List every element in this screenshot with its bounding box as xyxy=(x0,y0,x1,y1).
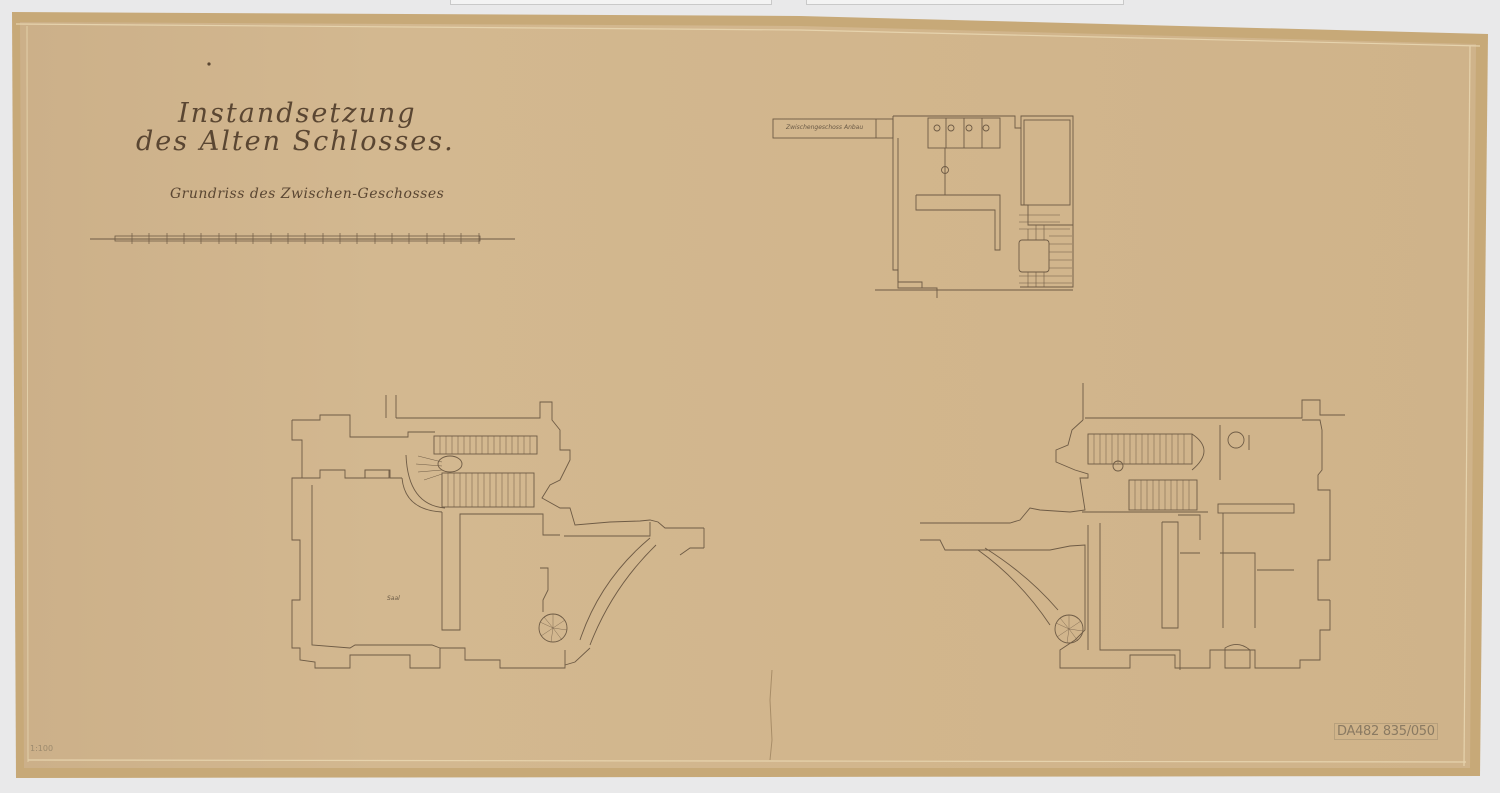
title-line-2: des Alten Schlosses. xyxy=(136,126,455,157)
drawing-title: Instandsetzung des Alten Schlosses. xyxy=(136,100,455,156)
drawing-subtitle: Grundriss des Zwischen-Geschosses xyxy=(170,186,444,202)
archive-id: DA482 835/050 xyxy=(1334,723,1438,740)
annex-label: Zwischengeschoss Anbau xyxy=(786,124,863,131)
corner-note: 1:100 xyxy=(30,744,53,753)
title-line-1: Instandsetzung xyxy=(136,100,455,128)
left-wing-room-label: Saal xyxy=(387,595,400,602)
